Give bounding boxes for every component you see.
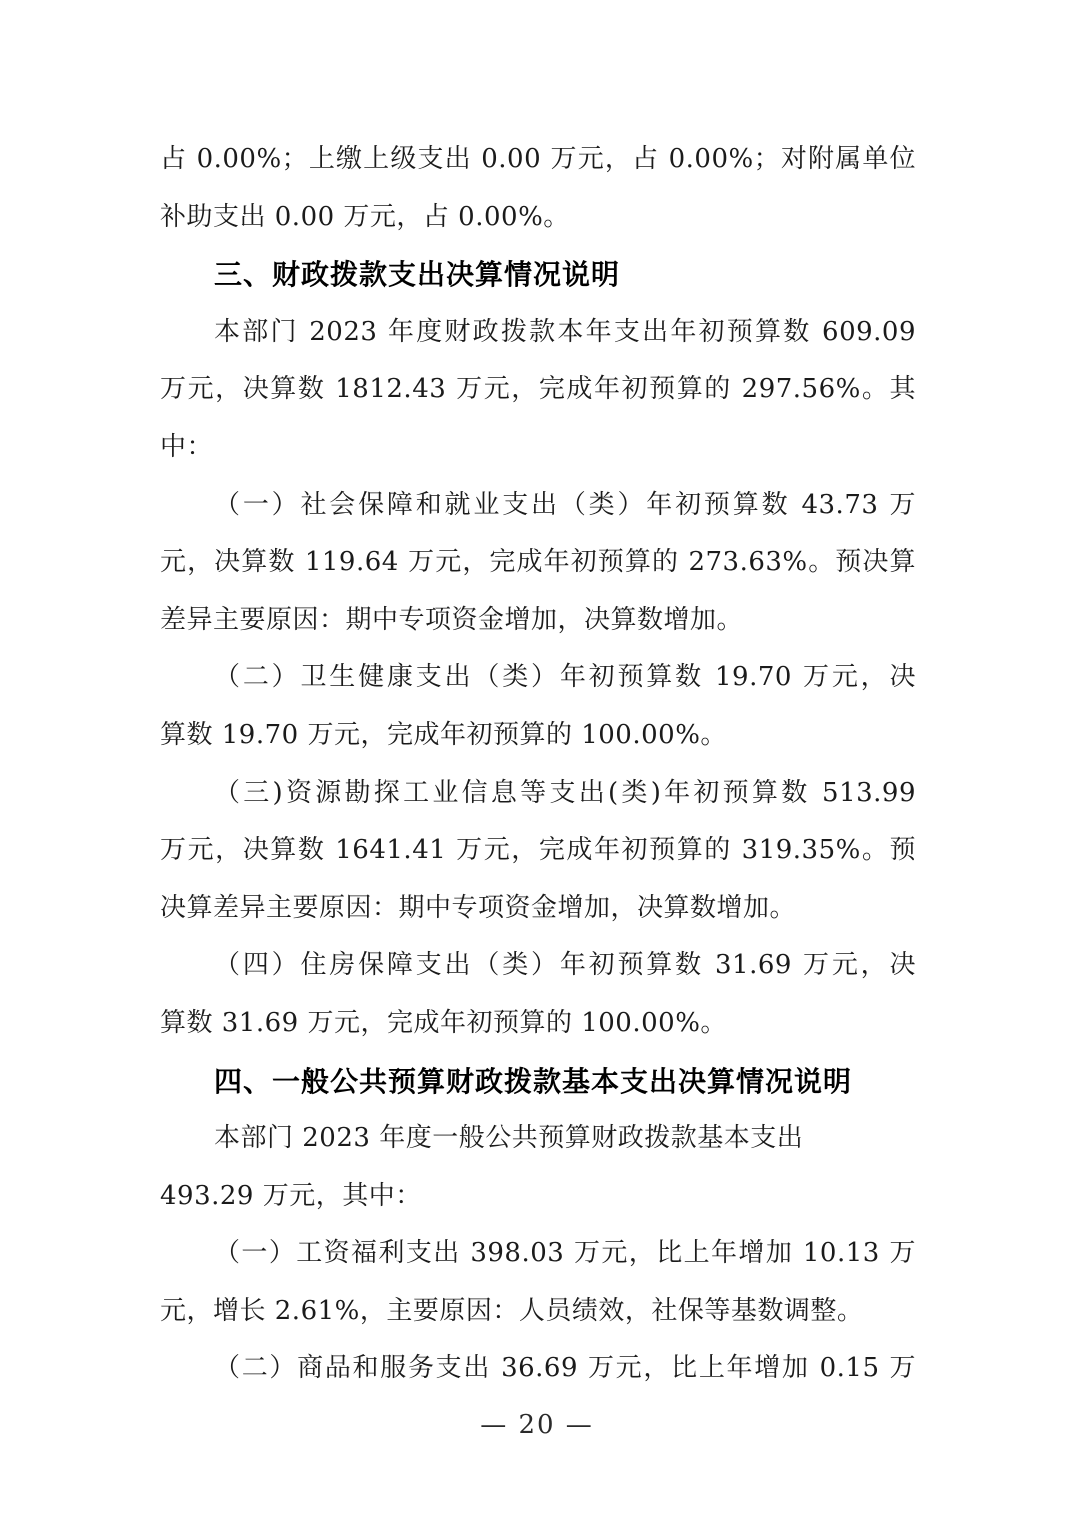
text-line: 493.29 万元，其中： (160, 1168, 916, 1226)
text-line: 补助支出 0.00 万元，占 0.00%。 (160, 189, 916, 247)
section-heading: 四、一般公共预算财政拨款基本支出决算情况说明 (160, 1053, 916, 1111)
text-line: 占 0.00%；上缴上级支出 0.00 万元，占 0.00%；对附属单位 (160, 131, 916, 189)
text-line: 算数 31.69 万元，完成年初预算的 100.00%。 (160, 995, 916, 1053)
text-line: 算数 19.70 万元，完成年初预算的 100.00%。 (160, 707, 916, 765)
text-line: 万元，决算数 1812.43 万元，完成年初预算的 297.56%。其 (160, 361, 916, 419)
section-heading: 三、财政拨款支出决算情况说明 (160, 246, 916, 304)
text-line: 万元，决算数 1641.41 万元，完成年初预算的 319.35%。预 (160, 822, 916, 880)
text-line: 本部门 2023 年度一般公共预算财政拨款基本支出 (160, 1110, 916, 1168)
text-line: 决算差异主要原因：期中专项资金增加，决算数增加。 (160, 880, 916, 938)
text-line: （一）社会保障和就业支出（类）年初预算数 43.73 万 (160, 477, 916, 535)
text-line: 元，增长 2.61%，主要原因：人员绩效，社保等基数调整。 (160, 1283, 916, 1341)
text-line: （二）商品和服务支出 36.69 万元，比上年增加 0.15 万 (160, 1340, 916, 1398)
page-number: — 20 — (480, 1410, 594, 1440)
text-line: （一）工资福利支出 398.03 万元，比上年增加 10.13 万 (160, 1225, 916, 1283)
page-footer: — 20 — (0, 1398, 1074, 1452)
text-line: （二）卫生健康支出（类）年初预算数 19.70 万元，决 (160, 649, 916, 707)
document-page: 占 0.00%；上缴上级支出 0.00 万元，占 0.00%；对附属单位补助支出… (0, 0, 1074, 1520)
text-line: （三)资源勘探工业信息等支出(类)年初预算数 513.99 (160, 765, 916, 823)
document-body: 占 0.00%；上缴上级支出 0.00 万元，占 0.00%；对附属单位补助支出… (160, 131, 916, 1398)
text-line: 差异主要原因：期中专项资金增加，决算数增加。 (160, 592, 916, 650)
text-line: 元，决算数 119.64 万元，完成年初预算的 273.63%。预决算 (160, 534, 916, 592)
text-line: 本部门 2023 年度财政拨款本年支出年初预算数 609.09 (160, 304, 916, 362)
text-line: （四）住房保障支出（类）年初预算数 31.69 万元，决 (160, 937, 916, 995)
text-line: 中： (160, 419, 916, 477)
